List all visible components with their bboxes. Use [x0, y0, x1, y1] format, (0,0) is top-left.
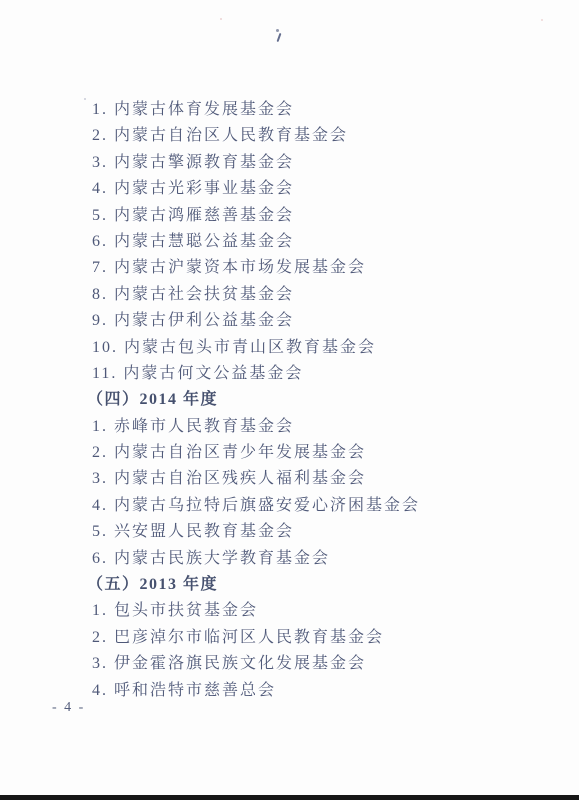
section-heading-2014: （四）2014 年度: [0, 387, 579, 413]
list-item: 5. 内蒙古鸿雁慈善基金会: [0, 203, 579, 229]
scanned-document-page: 1. 内蒙古体育发展基金会 2. 内蒙古自治区人民教育基金会 3. 内蒙古擎源教…: [0, 0, 579, 800]
list-item: 4. 内蒙古乌拉特后旗盛安爱心济困基金会: [0, 493, 579, 519]
list-item: 9. 内蒙古伊利公益基金会: [0, 308, 579, 334]
scan-speck: [220, 18, 222, 20]
list-item: 2. 内蒙古自治区人民教育基金会: [0, 123, 579, 149]
foundation-list: 1. 内蒙古体育发展基金会 2. 内蒙古自治区人民教育基金会 3. 内蒙古擎源教…: [0, 97, 579, 704]
scan-bottom-edge: [0, 795, 579, 800]
list-item: 1. 包头市扶贫基金会: [0, 598, 579, 624]
list-item: 4. 内蒙古光彩事业基金会: [0, 176, 579, 202]
list-item: 3. 伊金霍洛旗民族文化发展基金会: [0, 651, 579, 677]
list-item: 2. 内蒙古自治区青少年发展基金会: [0, 440, 579, 466]
list-item: 6. 内蒙古民族大学教育基金会: [0, 546, 579, 572]
scan-artifact-dot: [276, 29, 279, 32]
list-item: 11. 内蒙古何文公益基金会: [0, 361, 579, 387]
page-number: - 4 -: [52, 700, 85, 716]
scan-speck: [541, 19, 543, 21]
list-item: 8. 内蒙古社会扶贫基金会: [0, 282, 579, 308]
scan-artifact-slash: [277, 33, 282, 42]
list-item: 1. 内蒙古体育发展基金会: [0, 97, 579, 123]
list-item: 1. 赤峰市人民教育基金会: [0, 414, 579, 440]
list-item: 3. 内蒙古自治区残疾人福利基金会: [0, 466, 579, 492]
list-item: 10. 内蒙古包头市青山区教育基金会: [0, 335, 579, 361]
list-item: 7. 内蒙古沪蒙资本市场发展基金会: [0, 255, 579, 281]
section-heading-2013: （五）2013 年度: [0, 572, 579, 598]
list-item: 6. 内蒙古慧聪公益基金会: [0, 229, 579, 255]
list-item: 2. 巴彦淖尔市临河区人民教育基金会: [0, 625, 579, 651]
list-item: 3. 内蒙古擎源教育基金会: [0, 150, 579, 176]
list-item: 5. 兴安盟人民教育基金会: [0, 519, 579, 545]
list-item: 4. 呼和浩特市慈善总会: [0, 678, 579, 704]
